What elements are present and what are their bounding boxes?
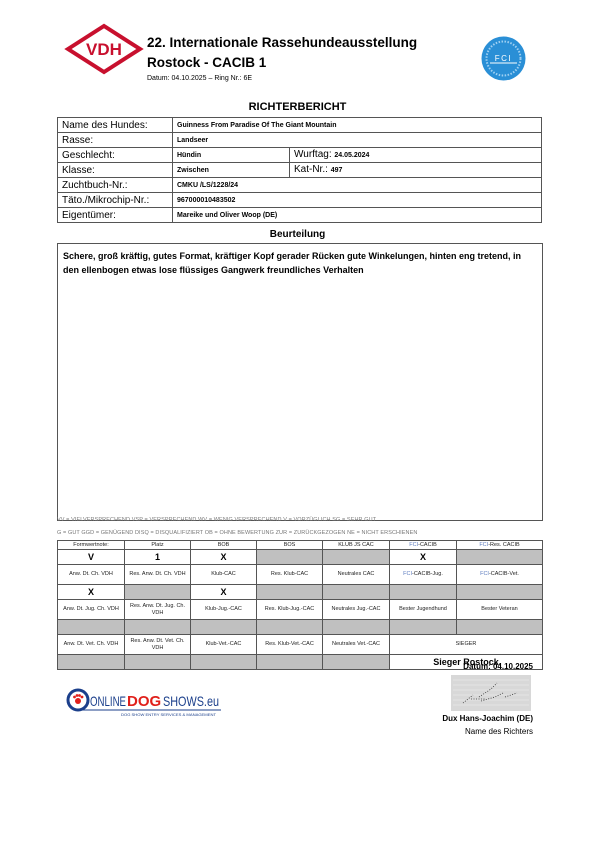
vdh-logo: VDH — [64, 22, 144, 76]
results-mark-cell: X — [58, 585, 125, 600]
results-mark-cell: 1 — [125, 550, 191, 565]
svg-text:FCI: FCI — [495, 54, 512, 63]
results-label-cell: Klub-Vet.-CAC — [191, 635, 257, 655]
rating-legend-line1: VV = VIELVERSPRECHEND VSP = VERSPRECHEND… — [57, 517, 376, 523]
fci-prefix: FCI — [403, 571, 412, 577]
row-owner: Eigentümer: Mareike und Oliver Woop (DE) — [58, 208, 542, 223]
results-row-1: V1XX — [58, 550, 543, 565]
value-owner: Mareike und Oliver Woop (DE) — [173, 208, 542, 223]
results-label-cell: Neutrales Jug.-CAC — [323, 600, 390, 620]
results-mark-cell — [58, 620, 125, 635]
show-subtitle: Rostock - CACIB 1 — [147, 55, 266, 70]
results-header-cell: Platz — [125, 541, 191, 550]
results-label-cell: Res. Anw. Dt. Jug. Ch. VDH — [125, 600, 191, 620]
svg-text:ONLINE: ONLINE — [90, 693, 126, 709]
svg-text:SHOWS.eu: SHOWS.eu — [163, 693, 219, 709]
results-label-cell: Bester Jugendhund — [390, 600, 457, 620]
results-label-cell: Neutrales Vet.-CAC — [323, 635, 390, 655]
results-mark-cell — [257, 585, 323, 600]
value-studbook: CMKU /LS/1228/24 — [173, 178, 542, 193]
value-name: Guinness From Paradise Of The Giant Moun… — [173, 118, 542, 133]
fci-prefix: FCI — [409, 542, 418, 548]
results-label-row-4: Anw. Dt. Vet. Ch. VDHRes. Anw. Dt. Vet. … — [58, 635, 543, 655]
results-row-2: XX — [58, 585, 543, 600]
results-mark-cell — [191, 655, 257, 670]
label-studbook: Zuchtbuch-Nr.: — [58, 178, 173, 193]
results-label-cell: Klub-CAC — [191, 565, 257, 585]
results-mark-cell: X — [390, 550, 457, 565]
results-mark-cell — [191, 620, 257, 635]
results-label-cell: FCI-CACIB-Vet. — [457, 565, 543, 585]
value-breed: Landseer — [173, 133, 542, 148]
label-cat: Kat-Nr.: — [294, 164, 328, 175]
value-cat: 497 — [331, 167, 343, 174]
judge-label: Name des Richters — [420, 727, 533, 736]
catalog-number-cell: Kat-Nr.: 497 — [290, 163, 542, 178]
results-mark-cell — [457, 620, 543, 635]
rating-legend-line2: G = GUT GGD = GENÜGEND DISQ = DISQUALIFI… — [57, 530, 417, 536]
results-mark-cell: V — [58, 550, 125, 565]
results-label-row-2: Anw. Dt. Ch. VDHRes. Anw. Dt. Ch. VDHKlu… — [58, 565, 543, 585]
row-name: Name des Hundes: Guinness From Paradise … — [58, 118, 542, 133]
results-label-cell: Res. Klub-Vet.-CAC — [257, 635, 323, 655]
value-chip: 967000010483502 — [173, 193, 542, 208]
results-header-row: Formwertnote:PlatzBOBBOSKLUB JS CACFCI-C… — [58, 541, 543, 550]
fci-logo: FCI — [481, 36, 526, 81]
row-chip: Täto./Mikrochip-Nr.: 967000010483502 — [58, 193, 542, 208]
row-sex: Geschlecht: Hündin Wurftag: 24.05.2024 — [58, 148, 542, 163]
results-label-cell: Klub-Jug.-CAC — [191, 600, 257, 620]
results-label-cell: Res. Anw. Dt. Vet. Ch. VDH — [125, 635, 191, 655]
onlinedogshows-logo: ONLINE DOG SHOWS.eu DOG SHOW ENTRY SERVI… — [66, 686, 226, 722]
results-mark-cell — [125, 620, 191, 635]
results-label-cell: Anw. Dt. Ch. VDH — [58, 565, 125, 585]
birth-date-cell: Wurftag: 24.05.2024 — [290, 148, 542, 163]
sieger-label: SIEGER — [390, 635, 543, 655]
results-mark-cell: X — [191, 585, 257, 600]
results-mark-cell: X — [191, 550, 257, 565]
row-class: Klasse: Zwischen Kat-Nr.: 497 — [58, 163, 542, 178]
svg-text:VDH: VDH — [86, 40, 122, 59]
svg-text:DOG SHOW ENTRY SERVICES & MANA: DOG SHOW ENTRY SERVICES & MANAGEMENT — [121, 712, 217, 717]
fci-prefix: FCI — [479, 542, 488, 548]
label-class: Klasse: — [58, 163, 173, 178]
results-label-cell: Neutrales CAC — [323, 565, 390, 585]
results-label-cell: Res. Anw. Dt. Ch. VDH — [125, 565, 191, 585]
results-label-cell: Bester Veteran — [457, 600, 543, 620]
results-mark-cell — [390, 585, 457, 600]
label-breed: Rasse: — [58, 133, 173, 148]
results-mark-cell — [323, 655, 390, 670]
results-header-cell: BOS — [257, 541, 323, 550]
dog-info-table: Name des Hundes: Guinness From Paradise … — [57, 117, 542, 223]
label-sex: Geschlecht: — [58, 148, 173, 163]
judge-signature — [451, 675, 531, 711]
label-chip: Täto./Mikrochip-Nr.: — [58, 193, 173, 208]
results-mark-cell — [323, 620, 390, 635]
results-mark-cell — [390, 620, 457, 635]
results-row-3 — [58, 620, 543, 635]
results-mark-cell — [457, 550, 543, 565]
results-mark-cell — [257, 550, 323, 565]
results-label-cell: Anw. Dt. Jug. Ch. VDH — [58, 600, 125, 620]
results-mark-cell — [257, 620, 323, 635]
results-label-cell: Anw. Dt. Vet. Ch. VDH — [58, 635, 125, 655]
show-title: 22. Internationale Rassehundeausstellung — [147, 35, 417, 50]
results-label-cell: FCI-CACIB-Jug. — [390, 565, 457, 585]
results-table: Formwertnote:PlatzBOBBOSKLUB JS CACFCI-C… — [57, 540, 543, 670]
value-birth: 24.05.2024 — [334, 152, 369, 159]
results-label-row-3: Anw. Dt. Jug. Ch. VDHRes. Anw. Dt. Jug. … — [58, 600, 543, 620]
results-mark-cell — [457, 585, 543, 600]
fci-prefix: FCI — [480, 571, 489, 577]
label-birth: Wurftag: — [294, 149, 332, 160]
value-sex: Hündin — [173, 148, 290, 163]
results-header-cell: FCI-CACIB — [390, 541, 457, 550]
results-mark-cell — [125, 585, 191, 600]
report-title: RICHTERBERICHT — [0, 101, 595, 113]
results-mark-cell — [257, 655, 323, 670]
results-mark-cell — [323, 550, 390, 565]
label-name: Name des Hundes: — [58, 118, 173, 133]
judge-name: Dux Hans-Joachim (DE) — [420, 714, 533, 723]
results-header-cell: BOB — [191, 541, 257, 550]
results-mark-cell — [323, 585, 390, 600]
label-owner: Eigentümer: — [58, 208, 173, 223]
results-header-cell: KLUB JS CAC — [323, 541, 390, 550]
results-header-cell: FCI-Res. CACIB — [457, 541, 543, 550]
results-label-cell: Res. Klub-Jug.-CAC — [257, 600, 323, 620]
row-breed: Rasse: Landseer — [58, 133, 542, 148]
results-header-cell: Formwertnote: — [58, 541, 125, 550]
results-mark-cell — [58, 655, 125, 670]
svg-text:DOG: DOG — [127, 693, 161, 710]
row-studbook: Zuchtbuch-Nr.: CMKU /LS/1228/24 — [58, 178, 542, 193]
assessment-title: Beurteilung — [0, 229, 595, 240]
report-date: Datum: 04.10.2025 — [440, 662, 533, 671]
results-mark-cell — [125, 655, 191, 670]
show-date-ring: Datum: 04.10.2025 – Ring Nr.: 6E — [147, 75, 252, 82]
assessment-text: Schere, groß kräftig, gutes Format, kräf… — [57, 243, 543, 521]
value-class: Zwischen — [173, 163, 290, 178]
results-label-cell: Res. Klub-CAC — [257, 565, 323, 585]
